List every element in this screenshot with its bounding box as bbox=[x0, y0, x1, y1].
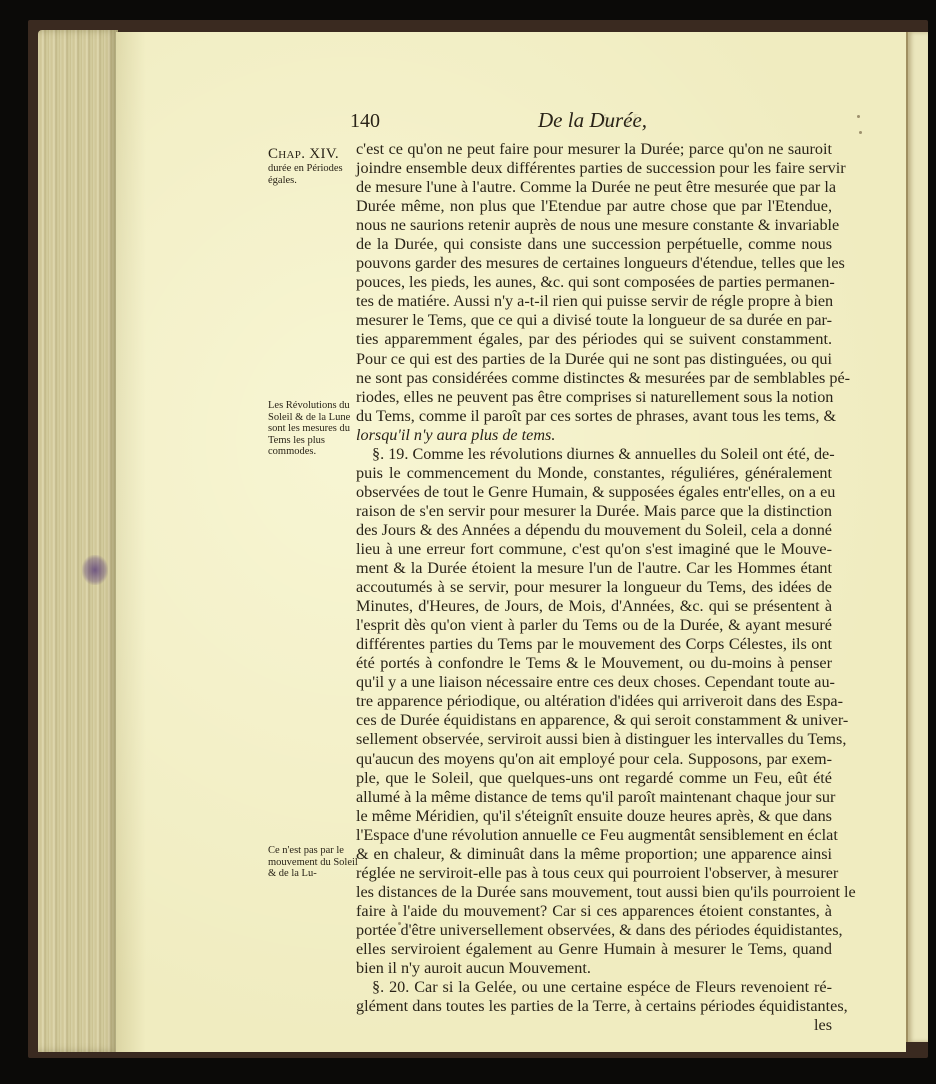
text-line: du Tems, comme il paroît par ces sortes … bbox=[356, 407, 832, 426]
paper-speck bbox=[636, 946, 639, 950]
text-line: des Jours & des Années a dépendu du mouv… bbox=[356, 521, 832, 540]
text-line: le même Méridien, qu'il s'éteignît ensui… bbox=[356, 807, 832, 826]
section-19-start: §. 19. Comme les révolutions diurnes & a… bbox=[356, 445, 832, 464]
text-line: faire à l'aide du mouvement? Car si ces … bbox=[356, 902, 832, 921]
text-line: l'Espace d'une révolution annuelle ce Fe… bbox=[356, 826, 832, 845]
chapter-label: Chap. XIV. bbox=[268, 146, 360, 163]
text-line: tre apparence périodique, ou altération … bbox=[356, 692, 832, 711]
text-line: riodes, elles ne peuvent pas être compri… bbox=[356, 388, 832, 407]
running-head-title: De la Durée, bbox=[538, 108, 647, 133]
text-line: bien il n'y auroit aucun Mouvement. bbox=[356, 959, 832, 978]
paper-speck bbox=[859, 131, 862, 134]
margin-note-movement: Ce n'est pas par le mouvement du Soleil … bbox=[268, 845, 360, 880]
text-line: différentes parties du Tems par le mouve… bbox=[356, 635, 832, 654]
paper-speck bbox=[857, 115, 860, 118]
text-line: & en chaleur, & diminuât dans la même pr… bbox=[356, 845, 832, 864]
text-line: lorsqu'il n'y aura plus de tems. bbox=[356, 426, 832, 445]
text-line: joindre ensemble deux différentes partie… bbox=[356, 159, 832, 178]
page-edges-stack bbox=[38, 30, 118, 1052]
text-line: raison de s'en servir pour mesurer la Du… bbox=[356, 502, 832, 521]
running-head: 140 De la Durée, bbox=[350, 108, 670, 136]
text-line: les distances de la Durée sans mouvement… bbox=[356, 883, 832, 902]
text-line: pouces, les pieds, les aunes, &c. qui so… bbox=[356, 273, 832, 292]
text-line: puis le commencement du Monde, constante… bbox=[356, 464, 832, 483]
body-text: c'est ce qu'on ne peut faire pour mesure… bbox=[356, 140, 832, 1035]
text-line: ces de Durée équidistans en apparence, &… bbox=[356, 711, 832, 730]
paper-speck bbox=[473, 954, 475, 957]
margin-note-text: durée en Périodes égales. bbox=[268, 163, 343, 186]
text-line: ne sont pas considérées comme distinctes… bbox=[356, 369, 832, 388]
facing-page-edge bbox=[908, 32, 928, 1042]
text-line: sellement observée, serviroit aussi bien… bbox=[356, 730, 832, 749]
text-line: Minutes, d'Heures, de Jours, de Mois, d'… bbox=[356, 597, 832, 616]
text-line: Pour ce qui est des parties de la Durée … bbox=[356, 350, 832, 369]
margin-note-text: Les Révolutions du Soleil & de la Lune s… bbox=[268, 400, 350, 457]
margin-note-revolutions: Les Révolutions du Soleil & de la Lune s… bbox=[268, 400, 360, 458]
catchword: les bbox=[356, 1016, 832, 1035]
text-line: observées de tout le Genre Humain, & sup… bbox=[356, 483, 832, 502]
text-line: nous ne saurions retenir auprès de nous … bbox=[356, 216, 832, 235]
text-line: mesurer le Tems, que ce qui a divisé tou… bbox=[356, 311, 832, 330]
text-line: elles serviroient également au Genre Hum… bbox=[356, 940, 832, 959]
text-line: ties apparemment égales, par des période… bbox=[356, 330, 832, 349]
text-line: l'esprit dès qu'on vient à parler du Tem… bbox=[356, 616, 832, 635]
text-line: été portés à confondre le Tems & le Mouv… bbox=[356, 654, 832, 673]
text-line: c'est ce qu'on ne peut faire pour mesure… bbox=[356, 140, 832, 159]
page-number: 140 bbox=[350, 110, 380, 133]
margin-note-text: Ce n'est pas par le mouvement du Soleil … bbox=[268, 845, 358, 879]
ink-stamp-mark bbox=[82, 555, 108, 585]
text-line: tes de matiére. Aussi n'y a-t-il rien qu… bbox=[356, 292, 832, 311]
text-line: pouvons garder des mesures de certaines … bbox=[356, 254, 832, 273]
text-line: glément dans toutes les parties de la Te… bbox=[356, 997, 832, 1016]
text-line: Durée même, non plus que l'Etendue par a… bbox=[356, 197, 832, 216]
text-line: accoutumés à se servir, pour mesurer la … bbox=[356, 578, 832, 597]
text-line: ple, que le Soleil, que quelques-uns ont… bbox=[356, 769, 832, 788]
text-line: de mesure l'une à l'autre. Comme la Duré… bbox=[356, 178, 832, 197]
paper-speck bbox=[398, 922, 401, 925]
text-line: réglée ne serviroit-elle pas à tous ceux… bbox=[356, 864, 832, 883]
text-line: allumé à la même distance de tems qu'il … bbox=[356, 788, 832, 807]
text-line: ment & la Durée étoient la mesure l'un d… bbox=[356, 559, 832, 578]
text-line: de la Durée, qui consiste dans une succe… bbox=[356, 235, 832, 254]
text-line: lieu à une erreur fort commune, c'est qu… bbox=[356, 540, 832, 559]
section-20-start: §. 20. Car si la Gelée, ou une certaine … bbox=[356, 978, 832, 997]
margin-note-chapter: Chap. XIV. durée en Périodes égales. bbox=[268, 146, 360, 186]
text-line: portée d'être universellement observées,… bbox=[356, 921, 832, 940]
text-line: qu'aucun des moyens qu'on ait employé po… bbox=[356, 750, 832, 769]
text-line: qu'il y a une liaison nécessaire entre c… bbox=[356, 673, 832, 692]
